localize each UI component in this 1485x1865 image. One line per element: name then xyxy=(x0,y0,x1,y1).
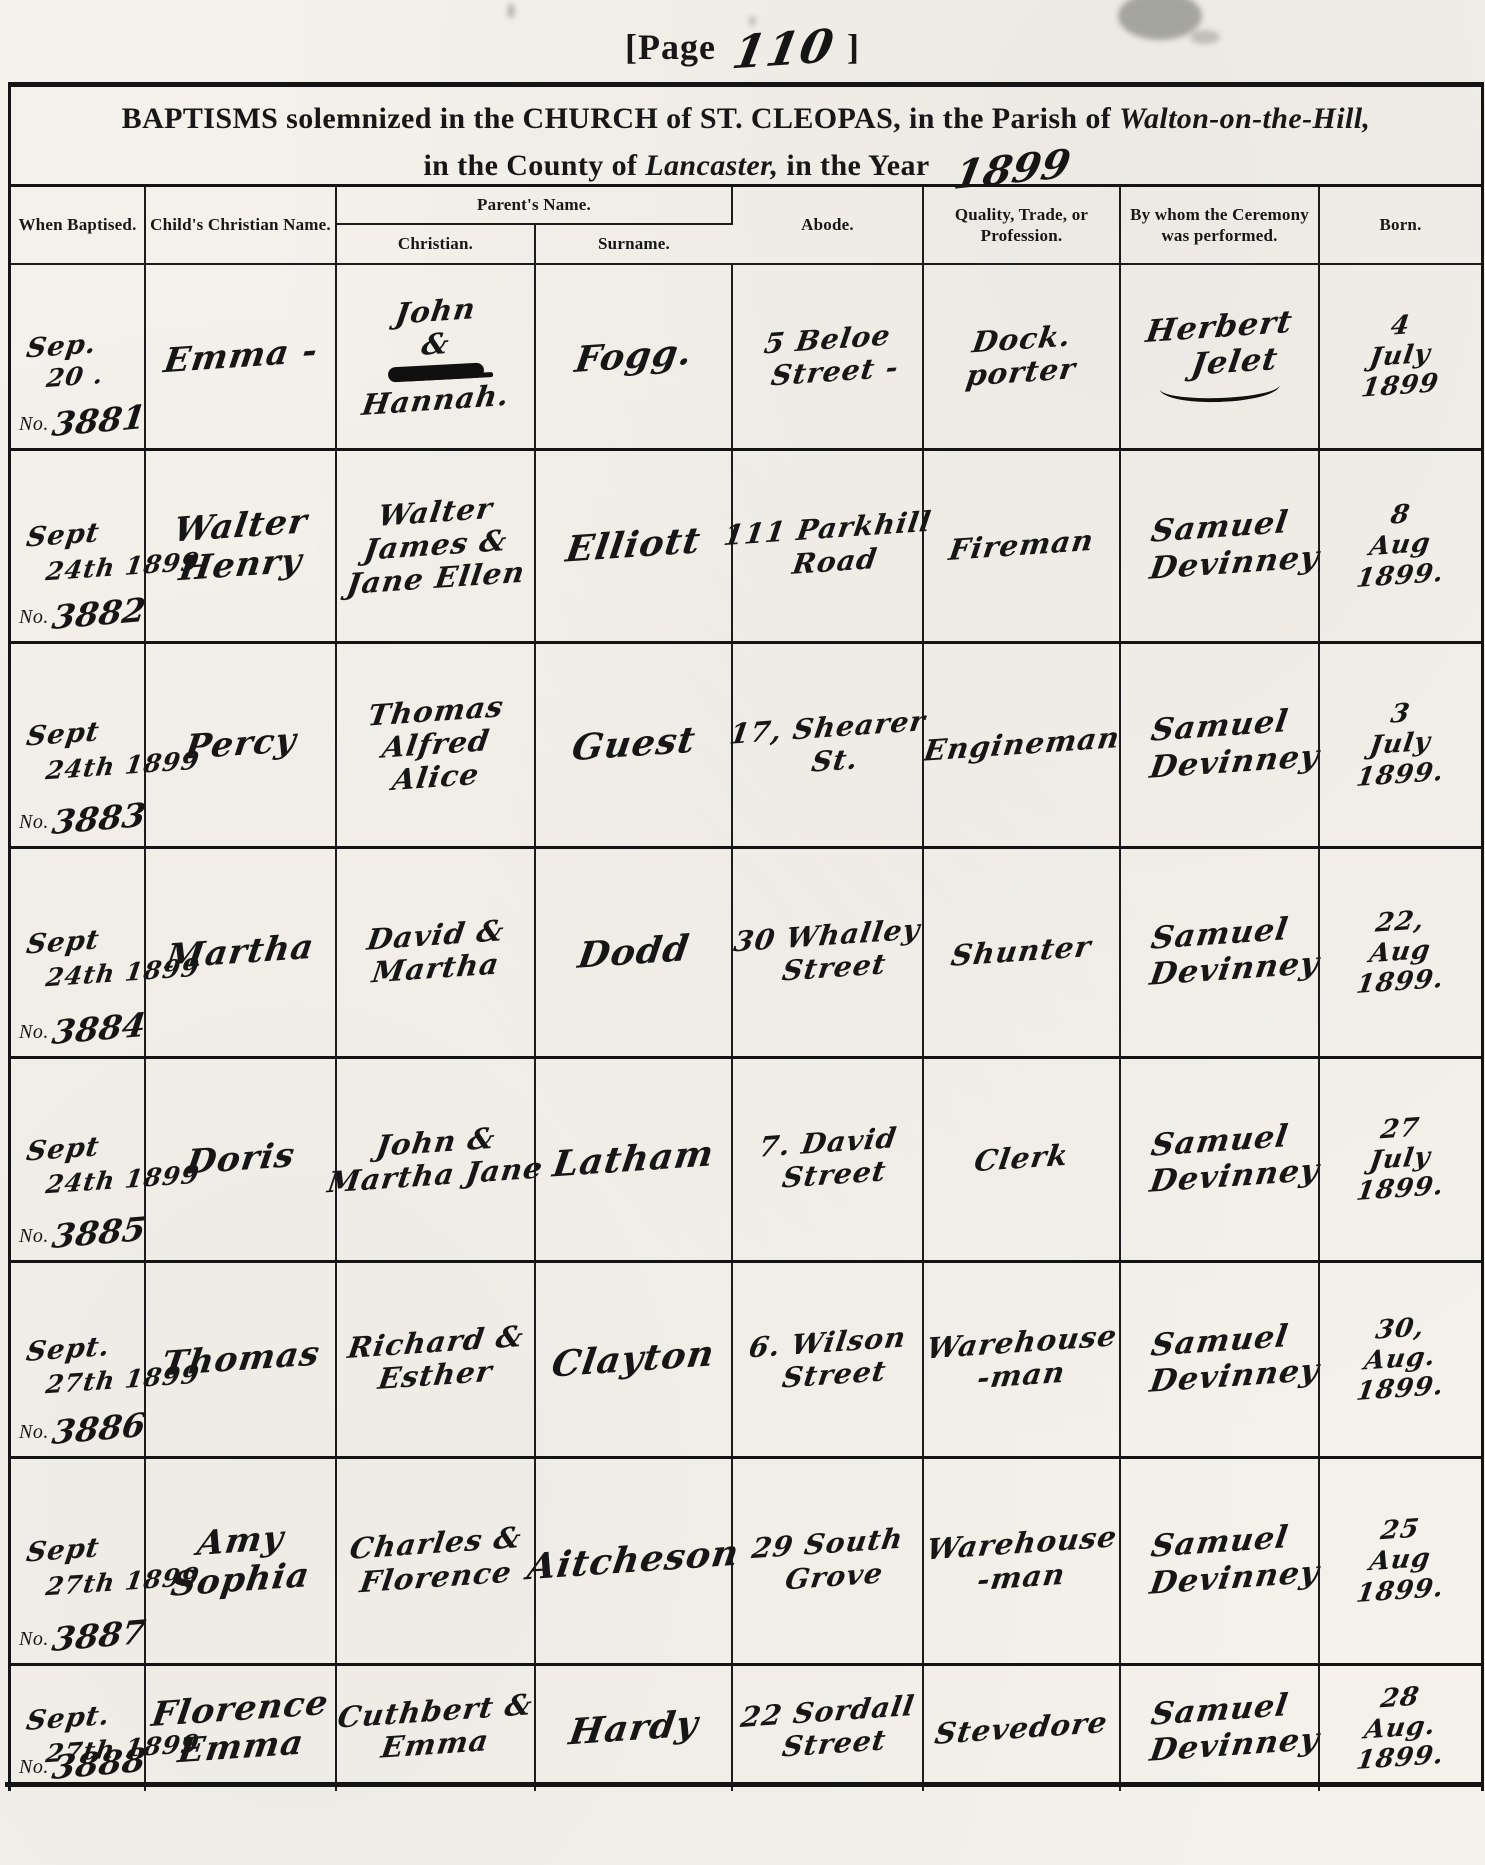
handwritten-text: Sept xyxy=(24,519,101,553)
handwritten-text: 30, xyxy=(1374,1313,1427,1344)
handwritten-text: 1899. xyxy=(1355,559,1446,593)
surname-cell: Latham xyxy=(535,1057,732,1261)
entry-number-value: 3883 xyxy=(50,795,148,842)
table-row: Sept24th 1899No.3884MarthaDavid &MarthaD… xyxy=(11,847,1481,1057)
handwritten-text: Aug xyxy=(1368,1544,1433,1576)
when-baptised-cell: Sept.27th 1899No.3888 xyxy=(11,1664,145,1791)
entry-number-prefix: No. xyxy=(19,1421,49,1443)
when-baptised-cell: Sept24th 1899No.3885 xyxy=(11,1057,145,1261)
handwritten-text: -man xyxy=(975,1559,1067,1596)
profession-cell: Stevedore xyxy=(923,1664,1120,1791)
handwritten-text: 1899. xyxy=(1355,1741,1446,1775)
handwritten-text: 20 . xyxy=(45,361,106,392)
handwritten-text: Martha xyxy=(164,929,317,976)
born-cell: 28Aug.1899. xyxy=(1319,1664,1481,1791)
handwritten-text: Engineman xyxy=(921,722,1121,767)
handwritten-text: Grove xyxy=(784,1558,886,1595)
handwritten-text: Guest xyxy=(569,721,698,768)
abode-cell: 7. DavidStreet xyxy=(732,1057,923,1261)
year-handwritten: 1899 xyxy=(949,135,1075,204)
handwritten-text: July xyxy=(1368,728,1433,760)
handwritten-text: Aug xyxy=(1368,936,1433,968)
ink-smudge xyxy=(508,4,514,18)
page-label-prefix: [Page xyxy=(625,27,716,67)
entry-number-prefix: No. xyxy=(19,811,49,833)
handwritten-text: Aug. xyxy=(1363,1343,1438,1376)
handwritten-text: Fireman xyxy=(947,525,1096,566)
handwritten-text: Emma xyxy=(175,1725,306,1770)
baptism-register-table: BAPTISMS solemnized in the CHURCH of ST.… xyxy=(8,82,1484,1791)
child-name-cell: Percy xyxy=(145,642,336,847)
handwritten-text: Hannah. xyxy=(360,380,512,421)
handwritten-text: Martha Jane xyxy=(326,1153,546,1199)
handwritten-text: 4 xyxy=(1389,311,1412,340)
handwritten-text: Fogg. xyxy=(572,333,694,380)
handwritten-text: Aug. xyxy=(1363,1712,1438,1745)
profession-cell: Engineman xyxy=(923,642,1120,847)
handwritten-text: Sep. xyxy=(24,330,98,364)
table-row: Sept24th 1899No.3882WalterHenryWalterJam… xyxy=(11,449,1481,642)
child-name-cell: Emma - xyxy=(145,264,336,449)
born-cell: 8Aug1899. xyxy=(1319,449,1481,642)
child-name-cell: Thomas xyxy=(145,1261,336,1457)
entry-number: No.3886 xyxy=(19,1409,145,1448)
table-bottom-border xyxy=(5,1782,1481,1787)
col-header-parent-surname: Surname. xyxy=(535,224,732,264)
table-row: Sept.27th 1899No.3886ThomasRichard &Esth… xyxy=(11,1261,1481,1457)
entry-number: No.3884 xyxy=(19,1009,145,1048)
page-number: 110 xyxy=(728,19,838,80)
handwritten-text: porter xyxy=(965,354,1079,393)
parent-christian-cell: Richard &Esther xyxy=(336,1261,535,1457)
born-cell: 4July1899 xyxy=(1319,264,1481,449)
handwritten-text: 1899. xyxy=(1355,965,1446,999)
page-header: [Page110] xyxy=(0,22,1485,76)
entry-number-prefix: No. xyxy=(19,413,49,435)
entry-number-prefix: No. xyxy=(19,606,49,628)
handwritten-text: July xyxy=(1368,1143,1433,1175)
col-header-child-name: Child's Christian Name. xyxy=(145,187,336,264)
handwritten-text: 1899 xyxy=(1360,370,1441,403)
parent-christian-cell: Cuthbert &Emma xyxy=(336,1664,535,1791)
handwritten-text: July xyxy=(1368,340,1433,372)
entry-number: No.3885 xyxy=(19,1213,145,1252)
when-baptised-cell: Sept.27th 1899No.3886 xyxy=(11,1261,145,1457)
profession-cell: Warehouse-man xyxy=(923,1261,1120,1457)
entry-number-value: 3884 xyxy=(50,1005,148,1052)
handwritten-text: Stevedore xyxy=(933,1707,1110,1750)
entry-number: No.3888 xyxy=(19,1744,145,1783)
handwritten-text: Jelet xyxy=(1189,343,1280,382)
entry-number: No.3882 xyxy=(19,594,145,633)
when-baptised-cell: Sep.20 .No.3881 xyxy=(11,264,145,449)
minister-cell: SamuelDevinney xyxy=(1120,1057,1319,1261)
handwritten-text: & xyxy=(420,328,452,361)
handwritten-text: Sept. xyxy=(24,1701,112,1736)
when-baptised-cell: Sept27th 1899No.3887 xyxy=(11,1457,145,1664)
col-header-minister: By whom the Ceremony was performed. xyxy=(1120,187,1319,264)
child-name-cell: Doris xyxy=(145,1057,336,1261)
handwritten-text: 22, xyxy=(1374,906,1427,937)
handwritten-text: Street xyxy=(780,949,888,986)
col-header-born: Born. xyxy=(1319,187,1481,264)
parent-christian-cell: WalterJames &Jane Ellen xyxy=(336,449,535,642)
abode-cell: 17, ShearerSt. xyxy=(732,642,923,847)
abode-cell: 111 ParkhillRoad xyxy=(732,449,923,642)
handwritten-text: 1899. xyxy=(1355,1574,1446,1608)
handwritten-text: Sept xyxy=(24,1132,101,1166)
child-name-cell: FlorenceEmma xyxy=(145,1664,336,1791)
col-header-parent-christian: Christian. xyxy=(336,224,535,264)
abode-cell: 29 SouthGrove xyxy=(732,1457,923,1664)
profession-cell: Fireman xyxy=(923,449,1120,642)
handwritten-text: Sept. xyxy=(24,1332,112,1367)
handwritten-text: 25 xyxy=(1379,1515,1422,1546)
abode-cell: 5 BeloeStreet - xyxy=(732,264,923,449)
surname-cell: Elliott xyxy=(535,449,732,642)
born-cell: 22,Aug1899. xyxy=(1319,847,1481,1057)
register-grid: When Baptised. Child's Christian Name. P… xyxy=(11,187,1481,1791)
handwritten-text: Sophia xyxy=(169,1557,313,1603)
column-headers: When Baptised. Child's Christian Name. P… xyxy=(11,187,1481,264)
profession-cell: Shunter xyxy=(923,847,1120,1057)
abode-cell: 6. WilsonStreet xyxy=(732,1261,923,1457)
entry-number: No.3887 xyxy=(19,1616,145,1655)
entry-number-value: 3887 xyxy=(50,1612,148,1659)
surname-cell: Clayton xyxy=(535,1261,732,1457)
handwritten-text: Emma - xyxy=(161,333,320,380)
handwritten-text: Sept xyxy=(24,718,101,752)
handwritten-text: Street xyxy=(780,1726,888,1763)
table-row: Sept27th 1899No.3887AmySophiaCharles &Fl… xyxy=(11,1457,1481,1664)
handwritten-text: Emma xyxy=(379,1726,491,1765)
handwritten-text: Percy xyxy=(182,722,298,766)
handwritten-text: 1899. xyxy=(1355,1372,1446,1406)
handwritten-text: Martha xyxy=(370,949,501,989)
handwritten-text: -man xyxy=(975,1357,1067,1394)
parent-christian-cell: ThomasAlfredAlice xyxy=(336,642,535,847)
born-cell: 3July1899. xyxy=(1319,642,1481,847)
handwritten-text: Latham xyxy=(550,1134,716,1184)
signature-flourish xyxy=(1159,382,1280,404)
minister-cell: SamuelDevinney xyxy=(1120,449,1319,642)
handwritten-text: Street xyxy=(780,1156,888,1193)
minister-cell: SamuelDevinney xyxy=(1120,847,1319,1057)
col-header-abode: Abode. xyxy=(732,187,923,264)
handwritten-text: Sept xyxy=(24,925,101,959)
abode-cell: 22 SordallStreet xyxy=(732,1664,923,1791)
handwritten-text: Sept xyxy=(24,1534,101,1568)
child-name-cell: WalterHenry xyxy=(145,449,336,642)
surname-cell: Fogg. xyxy=(535,264,732,449)
entry-number-prefix: No. xyxy=(19,1021,49,1043)
handwritten-text: 1899. xyxy=(1355,758,1446,792)
parent-christian-cell: John &Martha Jane xyxy=(336,1057,535,1261)
register-title-line1: BAPTISMS solemnized in the CHURCH of ST.… xyxy=(11,97,1481,141)
table-row: Sept24th 1899No.3883PercyThomasAlfredAli… xyxy=(11,642,1481,847)
page-label-suffix: ] xyxy=(847,27,860,67)
handwritten-text: Elliott xyxy=(564,521,704,569)
entry-number-prefix: No. xyxy=(19,1628,49,1650)
scanned-register-page: [Page110] BAPTISMS solemnized in the CHU… xyxy=(0,0,1485,1865)
parent-christian-cell: Charles &Florence xyxy=(336,1457,535,1664)
handwritten-text: Shunter xyxy=(949,932,1093,973)
handwritten-text: Doris xyxy=(184,1137,298,1181)
surname-cell: Aitcheson xyxy=(535,1457,732,1664)
entry-number-value: 3885 xyxy=(50,1209,148,1256)
col-header-when-baptised: When Baptised. xyxy=(11,187,145,264)
entry-number-prefix: No. xyxy=(19,1756,49,1778)
minister-cell: SamuelDevinney xyxy=(1120,1457,1319,1664)
minister-cell: SamuelDevinney xyxy=(1120,642,1319,847)
profession-cell: Warehouse-man xyxy=(923,1457,1120,1664)
table-row: Sep.20 .No.3881Emma -John&Hannah.Fogg.5 … xyxy=(11,264,1481,449)
when-baptised-cell: Sept24th 1899No.3883 xyxy=(11,642,145,847)
handwritten-text: Thomas xyxy=(159,1335,322,1383)
when-baptised-cell: Sept24th 1899No.3882 xyxy=(11,449,145,642)
handwritten-text: Street - xyxy=(769,353,901,392)
minister-cell: SamuelDevinney xyxy=(1120,1664,1319,1791)
handwritten-text: Henry xyxy=(177,542,305,587)
entry-number: No.3881 xyxy=(19,401,145,440)
profession-cell: Clerk xyxy=(923,1057,1120,1261)
entry-number-value: 3881 xyxy=(50,397,148,444)
born-cell: 27July1899. xyxy=(1319,1057,1481,1261)
surname-cell: Dodd xyxy=(535,847,732,1057)
minister-cell: SamuelDevinney xyxy=(1120,1261,1319,1457)
child-name-cell: AmySophia xyxy=(145,1457,336,1664)
surname-cell: Hardy xyxy=(535,1664,732,1791)
handwritten-text: Road xyxy=(790,544,879,580)
handwritten-text: Clayton xyxy=(550,1334,718,1384)
abode-cell: 30 WhalleyStreet xyxy=(732,847,923,1057)
handwritten-text: Esther xyxy=(376,1356,494,1395)
handwritten-text: 1899. xyxy=(1355,1172,1446,1206)
handwritten-text: Street xyxy=(780,1356,888,1393)
entry-number: No.3883 xyxy=(19,799,145,838)
parent-christian-cell: John&Hannah. xyxy=(336,264,535,449)
handwritten-text: Clerk xyxy=(972,1140,1071,1178)
handwritten-text: 8 xyxy=(1389,501,1412,530)
handwritten-text: 28 xyxy=(1379,1683,1422,1714)
entry-number-prefix: No. xyxy=(19,1225,49,1247)
table-row: Sept24th 1899No.3885DorisJohn &Martha Ja… xyxy=(11,1057,1481,1261)
handwritten-text: Aitcheson xyxy=(525,1534,742,1587)
handwritten-text: Dodd xyxy=(575,929,691,975)
handwritten-text: John xyxy=(393,293,478,330)
child-name-cell: Martha xyxy=(145,847,336,1057)
surname-cell: Guest xyxy=(535,642,732,847)
parent-christian-cell: David &Martha xyxy=(336,847,535,1057)
handwritten-text: St. xyxy=(809,744,860,777)
handwritten-text: Hardy xyxy=(566,1704,701,1752)
handwritten-text: Alice xyxy=(390,759,481,796)
when-baptised-cell: Sept24th 1899No.3884 xyxy=(11,847,145,1057)
table-row: Sept.27th 1899No.3888FlorenceEmmaCuthber… xyxy=(11,1664,1481,1791)
profession-cell: Dock.porter xyxy=(923,264,1120,449)
register-title: BAPTISMS solemnized in the CHURCH of ST.… xyxy=(11,87,1481,187)
handwritten-text: 3 xyxy=(1389,700,1412,729)
handwritten-text: Aug xyxy=(1368,529,1433,561)
handwritten-text: 27 xyxy=(1379,1114,1422,1145)
born-cell: 30,Aug.1899. xyxy=(1319,1261,1481,1457)
entry-number-value: 3882 xyxy=(50,590,148,637)
minister-cell: HerbertJelet xyxy=(1120,264,1319,449)
entry-number-value: 3888 xyxy=(50,1740,148,1787)
register-rows: Sep.20 .No.3881Emma -John&Hannah.Fogg.5 … xyxy=(11,264,1481,1791)
entry-number-value: 3886 xyxy=(50,1405,148,1452)
handwritten-text: Amy xyxy=(195,1520,286,1563)
born-cell: 25Aug1899. xyxy=(1319,1457,1481,1664)
